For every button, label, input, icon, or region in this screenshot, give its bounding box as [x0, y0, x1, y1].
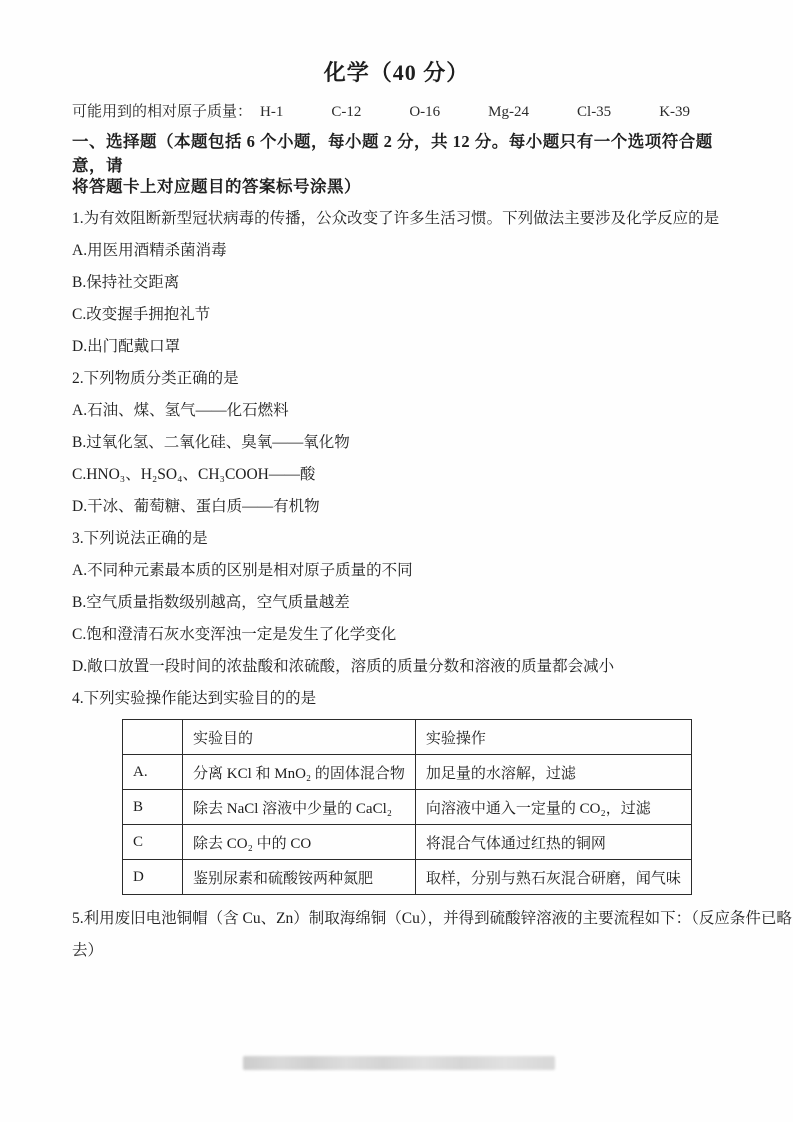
option-line: B.过氧化氢、二氧化硅、臭氧——氧化物 [72, 425, 721, 457]
atomic-mass-item: Cl-35 [577, 104, 611, 121]
question-3: 3.下列说法正确的是 A.不同种元素最本质的区别是相对原子质量的不同 B.空气质… [72, 521, 721, 681]
question-4: 4.下列实验操作能达到实验目的的是 实验目的 实验操作 A. 分离 KCl 和 … [72, 681, 721, 895]
option-line: C.HNO₃、H₂SO₄、CH₃COOH——酸 [72, 457, 721, 489]
atomic-mass-item: O-16 [409, 104, 440, 121]
question-stem: 1.为有效阻断新型冠状病毒的传播，公众改变了许多生活习惯。下列做法主要涉及化学反… [72, 201, 721, 233]
atomic-mass-line: 可能用到的相对原子质量： H-1 C-12 O-16 Mg-24 Cl-35 K… [72, 100, 721, 121]
table-cell: 分离 KCl 和 MnO₂ 的固体混合物 [183, 755, 416, 790]
option-line: D.敞口放置一段时间的浓盐酸和浓硫酸，溶质的质量分数和溶液的质量都会减小 [72, 649, 721, 681]
option-line: A.石油、煤、氢气——化石燃料 [72, 393, 721, 425]
question-5: 5.利用废旧电池铜帽（含 Cu、Zn）制取海绵铜（Cu），并得到硫酸锌溶液的主要… [72, 901, 721, 965]
table-cell: C [123, 825, 183, 860]
atomic-mass-item: K-39 [659, 104, 690, 121]
table-cell: 鉴别尿素和硫酸铵两种氮肥 [183, 860, 416, 895]
option-line: D.出门配戴口罩 [72, 329, 721, 361]
question-2: 2.下列物质分类正确的是 A.石油、煤、氢气——化石燃料 B.过氧化氢、二氧化硅… [72, 361, 721, 521]
table-cell: A. [123, 755, 183, 790]
table-row: C 除去 CO₂ 中的 CO 将混合气体通过红热的铜网 [123, 825, 692, 860]
question-stem: 2.下列物质分类正确的是 [72, 361, 721, 393]
table-cell: 取样，分别与熟石灰混合研磨，闻气味 [415, 860, 691, 895]
option-line: C.饱和澄清石灰水变浑浊一定是发生了化学变化 [72, 617, 721, 649]
option-line: D.干冰、葡萄糖、蛋白质——有机物 [72, 489, 721, 521]
question-stem: 4.下列实验操作能达到实验目的的是 [72, 681, 721, 713]
table-cell: 加足量的水溶解，过滤 [415, 755, 691, 790]
table-row: B 除去 NaCl 溶液中少量的 CaCl₂ 向溶液中通入一定量的 CO₂，过滤 [123, 790, 692, 825]
atomic-mass-item: H-1 [260, 104, 283, 121]
atomic-mass-item: C-12 [331, 104, 361, 121]
option-line: B.空气质量指数级别越高，空气质量越差 [72, 585, 721, 617]
table-cell: 将混合气体通过红热的铜网 [415, 825, 691, 860]
table-row: A. 分离 KCl 和 MnO₂ 的固体混合物 加足量的水溶解，过滤 [123, 755, 692, 790]
exam-paper-page: 化学（40 分） 可能用到的相对原子质量： H-1 C-12 O-16 Mg-2… [0, 0, 793, 1122]
option-line: A.用医用酒精杀菌消毒 [72, 233, 721, 265]
option-line: B.保持社交距离 [72, 265, 721, 297]
question-stem-line: 5.利用废旧电池铜帽（含 Cu、Zn）制取海绵铜（Cu），并得到硫酸锌溶液的主要… [72, 901, 721, 933]
table-header-row: 实验目的 实验操作 [123, 720, 692, 755]
table-cell: B [123, 790, 183, 825]
option-line: C.改变握手拥抱礼节 [72, 297, 721, 329]
table-header-cell: 实验操作 [415, 720, 691, 755]
table-cell: 向溶液中通入一定量的 CO₂，过滤 [415, 790, 691, 825]
table-cell: 除去 NaCl 溶液中少量的 CaCl₂ [183, 790, 416, 825]
table-cell: 除去 CO₂ 中的 CO [183, 825, 416, 860]
question-stem: 3.下列说法正确的是 [72, 521, 721, 553]
question-stem-line: 去） [72, 933, 721, 965]
table-header-cell: 实验目的 [183, 720, 416, 755]
atomic-mass-label: 可能用到的相对原子质量： [72, 100, 252, 121]
section-heading-line: 一、选择题（本题包括 6 个小题，每小题 2 分，共 12 分。每小题只有一个选… [72, 135, 721, 168]
section-heading: 一、选择题（本题包括 6 个小题，每小题 2 分，共 12 分。每小题只有一个选… [72, 135, 721, 201]
table-header-cell [123, 720, 183, 755]
experiment-table: 实验目的 实验操作 A. 分离 KCl 和 MnO₂ 的固体混合物 加足量的水溶… [122, 719, 692, 895]
watermark-redaction [243, 1056, 555, 1070]
atomic-mass-item: Mg-24 [488, 104, 529, 121]
question-1: 1.为有效阻断新型冠状病毒的传播，公众改变了许多生活习惯。下列做法主要涉及化学反… [72, 201, 721, 361]
exam-title: 化学（40 分） [72, 60, 721, 86]
table-row: D 鉴别尿素和硫酸铵两种氮肥 取样，分别与熟石灰混合研磨，闻气味 [123, 860, 692, 895]
table-cell: D [123, 860, 183, 895]
option-line: A.不同种元素最本质的区别是相对原子质量的不同 [72, 553, 721, 585]
